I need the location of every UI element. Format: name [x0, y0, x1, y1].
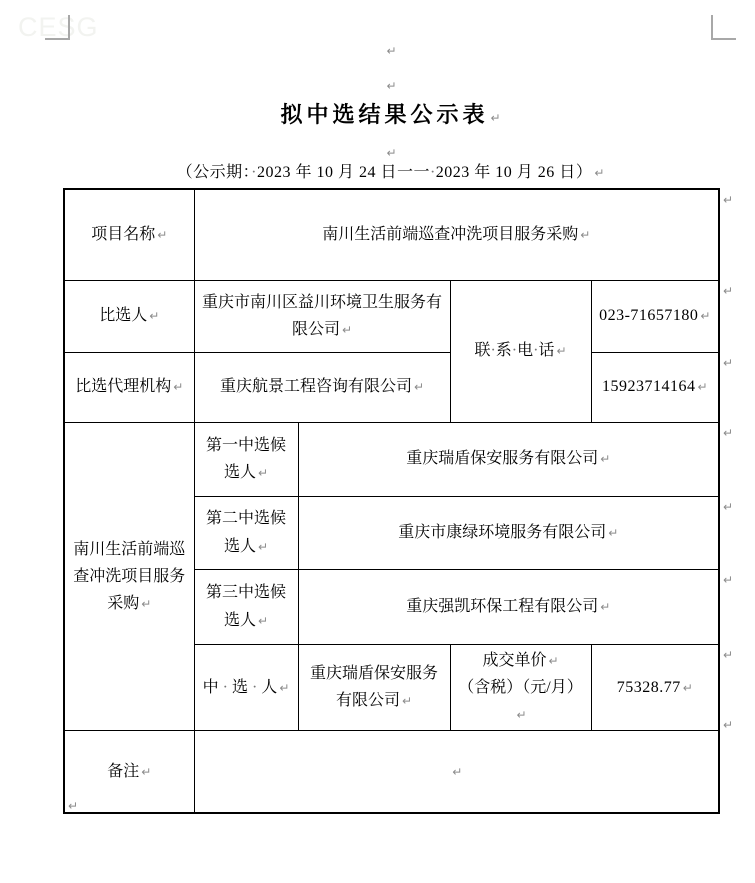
pilcrow-icon: ↵: [516, 708, 526, 722]
pilcrow-icon: ↵: [386, 44, 396, 58]
cell-winner-value: 重庆瑞盾保安服务有限公司↵: [298, 644, 450, 731]
margin-crop-mark-top-right-horizontal: [711, 38, 736, 40]
pilcrow-icon: ↵: [141, 765, 151, 779]
pilcrow-icon: ↵: [548, 654, 558, 668]
page-title-text: 拟中选结果公示表: [280, 102, 488, 127]
end-of-row-mark: ↵: [721, 357, 733, 369]
pilcrow-icon: ↵: [580, 228, 590, 242]
table-row-bidder: 比选人↵ 重庆市南川区益川环境卫生服务有限公司↵ 联·系·电·话↵ 023-71…: [64, 280, 719, 352]
table-row-project-name: 项目名称↵ 南川生活前端巡查冲洗项目服务采购↵: [64, 189, 719, 280]
empty-paragraph-mark: ↵: [66, 800, 78, 812]
pilcrow-icon: ↵: [600, 600, 610, 614]
space-dot-icon: ·: [252, 679, 257, 696]
document-page: CESG ↵ ↵ 拟中选结果公示表↵ ↵ （公示期：·2023 年 10 月 2…: [0, 0, 755, 883]
cell-candidate1-value: 重庆瑞盾保安服务有限公司↵: [298, 422, 719, 496]
cell-project-name-label: 项目名称↵: [64, 189, 194, 280]
pilcrow-icon: ↵: [402, 694, 412, 708]
cell-project-name-value: 南川生活前端巡查冲洗项目服务采购↵: [194, 189, 719, 280]
notice-period-from: 2023 年 10 月 24 日: [257, 164, 397, 181]
pilcrow-icon: ↵: [68, 799, 78, 813]
cell-project-merged: 南川生活前端巡查冲洗项目服务采购↵: [64, 422, 194, 731]
end-of-row-mark: ↵: [721, 427, 733, 439]
pilcrow-icon: ↵: [173, 380, 183, 394]
notice-period-suffix: ）: [576, 164, 593, 181]
pilcrow-icon: ↵: [723, 648, 733, 662]
pilcrow-icon: ↵: [594, 166, 604, 180]
pilcrow-icon: ↵: [386, 146, 396, 160]
pilcrow-icon: ↵: [149, 309, 159, 323]
empty-paragraph-mark: ↵: [69, 146, 712, 160]
cell-candidate2-value: 重庆市康绿环境服务有限公司↵: [298, 496, 719, 569]
cell-candidate1-label: 第一中选候选人↵: [194, 422, 298, 496]
cell-candidate3-value: 重庆强凯环保工程有限公司↵: [298, 569, 719, 644]
notice-period-dash: 一一: [397, 164, 430, 181]
cell-price-value: 75328.77↵: [591, 644, 719, 731]
pilcrow-icon: ↵: [414, 380, 424, 394]
pilcrow-icon: ↵: [279, 681, 289, 695]
end-of-row-mark: ↵: [721, 501, 733, 513]
pilcrow-icon: ↵: [556, 344, 566, 358]
cell-agency-label: 比选代理机构↵: [64, 352, 194, 422]
empty-paragraph-mark: ↵: [69, 79, 712, 93]
pilcrow-icon: ↵: [723, 718, 733, 732]
cell-winner-label: 中·选·人↵: [194, 644, 298, 731]
price-label-line1: 成交单价↵: [458, 647, 584, 674]
margin-crop-mark-top-left-vertical: [68, 15, 70, 40]
space-dot-icon: ·: [223, 679, 228, 696]
pilcrow-icon: ↵: [386, 79, 396, 93]
end-of-row-mark: ↵: [721, 719, 733, 731]
pilcrow-icon: ↵: [157, 228, 167, 242]
end-of-row-mark: ↵: [721, 194, 733, 206]
pilcrow-icon: ↵: [723, 573, 733, 587]
pilcrow-icon: ↵: [490, 111, 500, 125]
pilcrow-icon: ↵: [258, 466, 268, 480]
cell-bidder-value: 重庆市南川区益川环境卫生服务有限公司↵: [194, 280, 450, 352]
empty-paragraph-mark: ↵: [69, 44, 712, 58]
pilcrow-icon: ↵: [258, 540, 268, 554]
result-table: 项目名称↵ 南川生活前端巡查冲洗项目服务采购↵ 比选人↵ 重庆市南川区益川环境卫…: [63, 188, 720, 814]
cell-candidate3-label: 第三中选候选人↵: [194, 569, 298, 644]
pilcrow-icon: ↵: [141, 597, 151, 611]
margin-crop-mark-top-left-horizontal: [45, 38, 70, 40]
pilcrow-icon: ↵: [600, 452, 610, 466]
notice-period-line: （公示期：·2023 年 10 月 24 日一一·2023 年 10 月 26 …: [69, 163, 712, 183]
page-title: 拟中选结果公示表↵: [69, 101, 712, 132]
end-of-row-mark: ↵: [721, 285, 733, 297]
pilcrow-icon: ↵: [258, 614, 268, 628]
pilcrow-icon: ↵: [723, 193, 733, 207]
margin-crop-mark-top-right-vertical: [711, 15, 713, 40]
pilcrow-icon: ↵: [683, 681, 693, 695]
pilcrow-icon: ↵: [723, 426, 733, 440]
end-of-row-mark: ↵: [721, 574, 733, 586]
pilcrow-icon: ↵: [723, 356, 733, 370]
pilcrow-icon: ↵: [723, 500, 733, 514]
price-label-line2: （含税）（元/月）↵: [458, 674, 584, 728]
cell-bidder-phone: 023-71657180↵: [591, 280, 719, 352]
pilcrow-icon: ↵: [700, 309, 710, 323]
notice-period-to: 2023 年 10 月 26 日: [436, 164, 576, 181]
notice-period-prefix: （公示期：: [177, 164, 252, 181]
end-of-row-mark: ↵: [721, 649, 733, 661]
pilcrow-icon: ↵: [342, 323, 352, 337]
pilcrow-icon: ↵: [723, 284, 733, 298]
pilcrow-icon: ↵: [452, 765, 462, 779]
cell-agency-phone: 15923714164↵: [591, 352, 719, 422]
table-row-agency: 比选代理机构↵ 重庆航景工程咨询有限公司↵ 15923714164↵: [64, 352, 719, 422]
cell-contact-label: 联·系·电·话↵: [450, 280, 591, 422]
cell-bidder-label: 比选人↵: [64, 280, 194, 352]
cell-price-label: 成交单价↵ （含税）（元/月）↵: [450, 644, 591, 731]
cell-remarks-value: ↵: [194, 731, 719, 813]
cell-remarks-label: 备注↵: [64, 731, 194, 813]
table-row-candidate1: 南川生活前端巡查冲洗项目服务采购↵ 第一中选候选人↵ 重庆瑞盾保安服务有限公司↵: [64, 422, 719, 496]
pilcrow-icon: ↵: [697, 380, 707, 394]
pilcrow-icon: ↵: [608, 526, 618, 540]
cell-candidate2-label: 第二中选候选人↵: [194, 496, 298, 569]
cell-agency-value: 重庆航景工程咨询有限公司↵: [194, 352, 450, 422]
table-row-remarks: 备注↵ ↵: [64, 731, 719, 813]
